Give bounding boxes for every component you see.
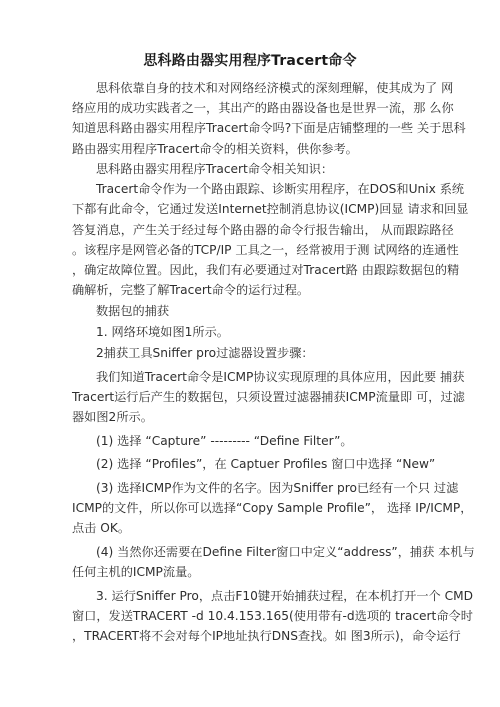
document-page: 思科路由器实用程序Tracert命令 思科依靠自身的技术和对网络经济模式的深刻理…	[0, 0, 500, 707]
text-line: (1) 选择 “Capture” --------- “Define Filte…	[96, 433, 434, 449]
text-line: Tracert运行后产生的数据包，只须设置过滤器捕获ICMP流量即 可，过滤	[72, 389, 434, 405]
text-line: 3. 运行Sniffer Pro，点击F10键开始捕获过程，在本机打开一个 CM…	[96, 588, 434, 604]
text-line: 思科路由器实用程序Tracert命令相关知识：	[96, 161, 434, 177]
text-line: 窗口，发送TRACERT -d 10.4.153.165(使用带有-d选项的 t…	[72, 608, 434, 624]
text-line: ，TRACERT将不会对每个IP地址执行DNS查找。如 图3所示)，命令运行	[72, 628, 434, 644]
text-line: 我们知道Tracert命令是ICMP协议实现原理的具体应用，因此要 捕获	[96, 369, 434, 385]
text-line: (3) 选择ICMP作为文件的名字。因为Sniffer pro已经有一个只 过滤	[96, 480, 434, 496]
text-line: 。该程序是网管必备的TCP/IP 工具之一，经常被用于测 试网络的连通性	[72, 242, 434, 258]
text-line: 点击 OK。	[72, 520, 434, 536]
text-line: 下都有此命令，它通过发送Internet控制消息协议(ICMP)回显 请求和回显	[72, 201, 434, 217]
text-line: 知道思科路由器实用程序Tracert命令吗?下面是店铺整理的一些 关于思科	[72, 120, 434, 136]
text-line: 路由器实用程序Tracert命令的相关资料，供你参考。	[72, 141, 434, 157]
text-line: 1. 网络环境如图1所示。	[96, 324, 434, 340]
text-line: (4) 当然你还需要在Define Filter窗口中定义“address”，捕…	[96, 544, 434, 560]
text-line: Tracert命令作为一个路由跟踪、诊断实用程序，在DOS和Unix 系统	[96, 181, 434, 197]
text-line: ICMP的文件，所以你可以选择“Copy Sample Profile”， 选择…	[72, 500, 434, 516]
text-line: 络应用的成功实践者之一，其出产的路由器设备也是世界一流，那 么你	[72, 100, 434, 116]
text-line: (2) 选择 “Profiles”，在 Captuer Profiles 窗口中…	[96, 456, 434, 472]
text-line: 思科依靠自身的技术和对网络经济模式的深刻理解，使其成为了 网	[96, 80, 434, 96]
document-title: 思科路由器实用程序Tracert命令	[0, 50, 500, 70]
text-line: 答复消息，产生关于经过每个路由器的命令行报告输出， 从而跟踪路径	[72, 222, 434, 238]
text-line: 任何主机的ICMP流量。	[72, 564, 434, 580]
text-line: 数据包的捕获	[96, 303, 434, 319]
text-line: 2捕获工具Sniffer pro过滤器设置步骤：	[96, 345, 434, 361]
text-line: 确解析，完整了解Tracert命令的运行过程。	[72, 282, 434, 298]
text-line: ，确定故障位置。因此，我们有必要通过对Tracert路 由跟踪数据包的精	[72, 262, 434, 278]
text-line: 器如图2所示。	[72, 409, 434, 425]
